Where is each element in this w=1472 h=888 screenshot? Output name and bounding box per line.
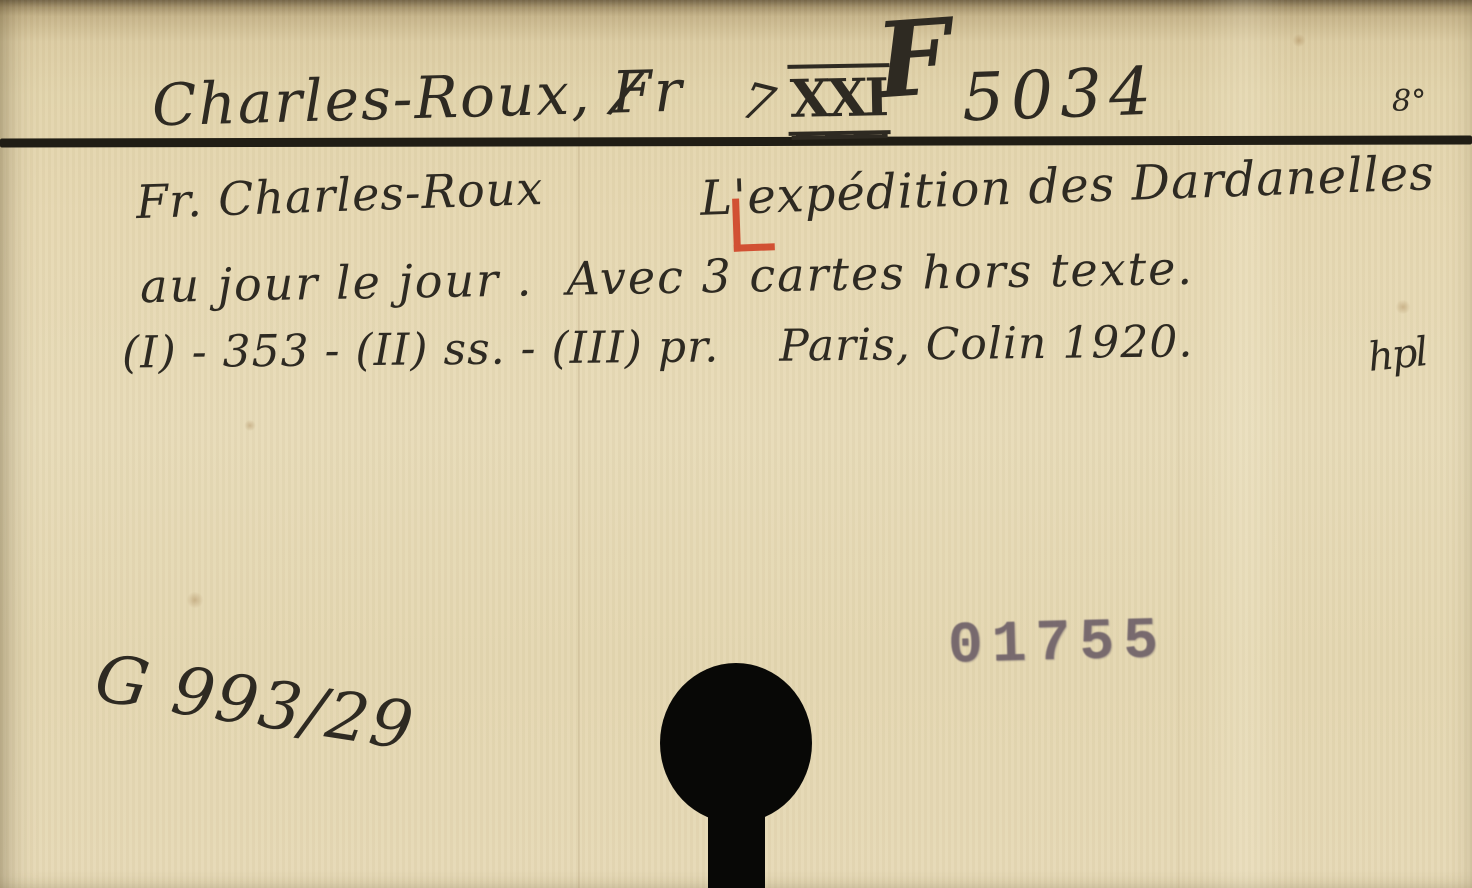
- entry-author: Fr. Charles-Roux: [135, 161, 544, 229]
- shelfmark-number: 5034: [961, 53, 1160, 137]
- entry-title: L'expédition des Dardanelles: [699, 145, 1435, 227]
- shelfmark-letter: F: [872, 0, 954, 119]
- author-heading: Charles-Roux, Fr: [151, 57, 684, 140]
- entry-title-continuation: au jour le jour . Avec 3 cartes hors tex…: [140, 241, 1195, 313]
- stamp-number: 01755: [947, 609, 1168, 680]
- paper-crease: [1178, 120, 1180, 888]
- punch-hole-slot: [708, 790, 765, 888]
- cataloguer-initials: hpl: [1366, 329, 1429, 381]
- foxing-spot: [186, 592, 204, 608]
- pre-shelfmark-stroke: 7: [735, 71, 780, 135]
- shelfmark-class-roman: XXI: [787, 63, 890, 136]
- format-mark: 8°: [1392, 84, 1426, 119]
- foxing-spot: [1292, 34, 1306, 47]
- accession-number: G 993/29: [90, 639, 420, 765]
- scan-light-streak: [1200, 0, 1290, 888]
- paper-crease: [578, 120, 580, 888]
- card-paper: Charles-Roux, Fr / 7 XXI F 5034 8° Fr. C…: [0, 0, 1472, 888]
- foxing-spot: [244, 420, 256, 431]
- entry-collation-imprint: (I) - 353 - (II) ss. - (III) pr. Paris, …: [122, 316, 1194, 378]
- foxing-spot: [1395, 300, 1411, 314]
- catalog-card-scan: Charles-Roux, Fr / 7 XXI F 5034 8° Fr. C…: [0, 0, 1472, 888]
